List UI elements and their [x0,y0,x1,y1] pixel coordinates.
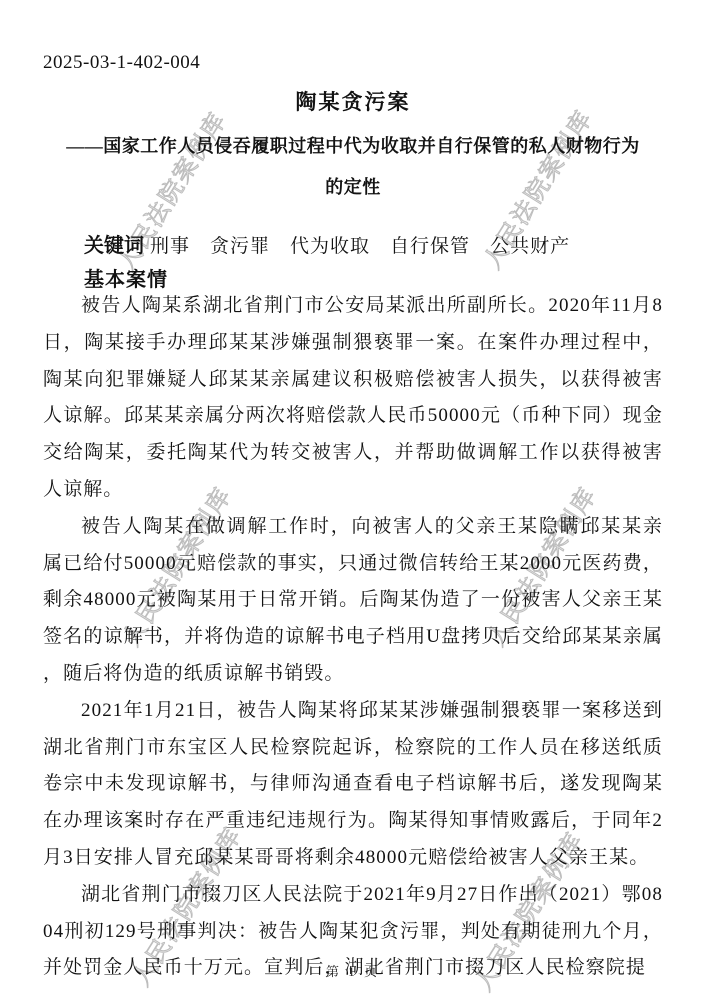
keywords-line: 关键词刑事贪污罪代为收取自行保管公共财产 [43,229,663,258]
case-subtitle: ——国家工作人员侵吞履职过程中代为收取并自行保管的私人财物行为的定性 [61,126,645,208]
keyword-item: 公共财产 [490,236,570,257]
basic-facts-paragraph: 被告人陶某在做调解工作时，向被害人的父亲王某隐瞒邱某某亲属已给付50000元赔偿… [43,509,663,693]
basic-facts-body: 被告人陶某系湖北省荆门市公安局某派出所副所长。2020年11月8日，陶某接手办理… [43,288,663,987]
keyword-item: 自行保管 [390,236,470,257]
page-number-footer: 第 1 页 [0,961,706,980]
case-number: 2025-03-1-402-004 [43,52,200,74]
case-title: 陶某贪污案 [43,86,663,116]
keyword-item: 刑事 [150,236,190,257]
basic-facts-paragraph: 2021年1月21日，被告人陶某将邱某某涉嫌强制猥亵罪一案移送到湖北省荆门市东宝… [43,693,663,877]
keyword-item: 贪污罪 [210,236,270,257]
basic-facts-paragraph: 被告人陶某系湖北省荆门市公安局某派出所副所长。2020年11月8日，陶某接手办理… [43,288,663,509]
document-page: 人民法院案例库 人民法院案例库 人民法院案例库 人民法院案例库 人民法院案例库 … [0,0,706,999]
keyword-item: 代为收取 [290,236,370,257]
keywords-label: 关键词 [84,235,144,257]
